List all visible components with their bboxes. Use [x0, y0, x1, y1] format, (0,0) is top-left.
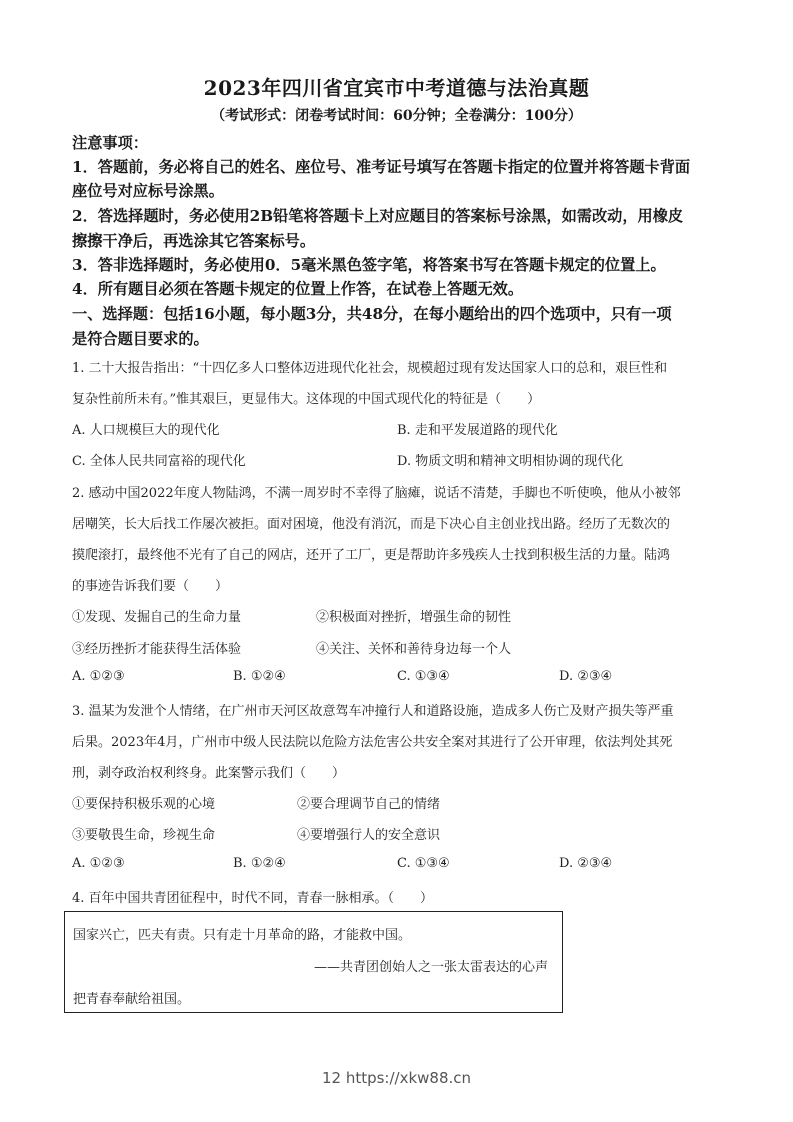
notice-heading: 注意事项：: [72, 132, 148, 153]
quote-attribution: ——共青团创始人之一张太雷表达的心声: [314, 956, 548, 975]
notice-item: 1．答题前，务必将自己的姓名、座位号、准考证号填写在答题卡指定的位置并将答题卡背…: [72, 156, 690, 177]
question-3-statement: ④要增强行人的安全意识: [297, 824, 440, 843]
question-3-stem: 后果。2023年4月，广州市中级人民法院以危险方法危害公共安全案对其进行了公开审…: [72, 731, 672, 750]
quote-text: 国家兴亡，匹夫有责。只有走十月革命的路，才能救中国。: [73, 924, 411, 943]
notice-item: 2．答选择题时，务必使用2B铅笔将答题卡上对应题目的答案标号涂黑，如需改动，用橡…: [72, 205, 683, 226]
notice-item: 4．所有题目必须在答题卡规定的位置上作答，在试卷上答题无效。: [72, 278, 523, 299]
question-2-option-c: C. ①③④: [397, 669, 450, 684]
question-2-option-d: D. ②③④: [559, 669, 612, 684]
notice-item: 座位号对应标号涂黑。: [72, 180, 224, 201]
question-3-option-d: D. ②③④: [559, 856, 612, 871]
page-title: 2023年四川省宜宾市中考道德与法治真题: [0, 72, 793, 101]
question-3-statement: ③要敬畏生命，珍视生命: [72, 824, 215, 843]
question-4-stem: 4. 百年中国共青团征程中，时代不同，青春一脉相承。（ ）: [72, 887, 433, 906]
question-2-statement: ④关注、关怀和善待身边每一个人: [316, 638, 511, 657]
question-3-option-b: B. ①②④: [233, 856, 286, 871]
question-2-statement: ①发现、发掘自己的生命力量: [72, 606, 241, 625]
question-1-option-d: D. 物质文明和精神文明相协调的现代化: [397, 450, 623, 469]
question-2-statement: ③经历挫折才能获得生活体验: [72, 638, 241, 657]
footer-page-url: 12 https://xkw88.cn: [0, 1069, 793, 1087]
question-3-statement: ①要保持积极乐观的心境: [72, 793, 215, 812]
quote-box: 国家兴亡，匹夫有责。只有走十月革命的路，才能救中国。 ——共青团创始人之一张太雷…: [64, 911, 563, 1013]
question-1-option-c: C. 全体人民共同富裕的现代化: [72, 450, 246, 469]
notice-item: 3．答非选择题时，务必使用0．5毫米黑色签字笔，将答案书写在答题卡规定的位置上。: [72, 254, 666, 275]
question-2-stem: 居嘲笑，长大后找工作屡次被拒。面对困境，他没有消沉，而是下决心自主创业找出路。经…: [72, 513, 670, 532]
question-1-stem: 复杂性前所未有。”惟其艰巨，更显伟大。这体现的中国式现代化的特征是（ ）: [72, 388, 540, 407]
question-1-stem: 1. 二十大报告指出：“十四亿多人口整体迈进现代化社会，规模超过现有发达国家人口…: [72, 357, 667, 376]
question-3-option-c: C. ①③④: [397, 856, 450, 871]
question-3-stem: 刑，剥夺政治权利终身。此案警示我们（ ）: [72, 762, 345, 781]
exam-page: 2023年四川省宜宾市中考道德与法治真题 （考试形式：闭卷考试时间：60分钟；全…: [0, 0, 793, 1122]
question-2-statement: ②积极面对挫折，增强生命的韧性: [316, 606, 511, 625]
question-3-statement: ②要合理调节自己的情绪: [297, 793, 440, 812]
notice-item: 擦擦干净后，再选涂其它答案标号。: [72, 230, 315, 251]
quote-text: 把青春奉献给祖国。: [73, 988, 190, 1007]
question-1-option-a: A. 人口规模巨大的现代化: [72, 419, 220, 438]
question-2-stem: 的事迹告诉我们要（ ）: [72, 575, 228, 594]
question-2-option-b: B. ①②④: [233, 669, 286, 684]
question-2-option-a: A. ①②③: [72, 669, 125, 684]
section-heading: 一、选择题：包括16小题，每小题3分，共48分，在每小题给出的四个选项中，只有一…: [72, 303, 672, 324]
exam-format-subtitle: （考试形式：闭卷考试时间：60分钟；全卷满分：100分）: [0, 105, 793, 125]
question-3-stem: 3. 温某为发泄个人情绪，在广州市天河区故意驾车冲撞行人和道路设施，造成多人伤亡…: [72, 700, 674, 719]
question-3-option-a: A. ①②③: [72, 856, 125, 871]
question-2-stem: 摸爬滚打，最终他不光有了自己的网店，还开了工厂，更是帮助许多残疾人士找到积极生活…: [72, 544, 670, 563]
question-1-option-b: B. 走和平发展道路的现代化: [397, 419, 558, 438]
question-2-stem: 2. 感动中国2022年度人物陆鸿，不满一周岁时不幸得了脑瘫，说话不清楚，手脚也…: [72, 482, 681, 501]
section-heading: 是符合题目要求的。: [72, 328, 209, 349]
